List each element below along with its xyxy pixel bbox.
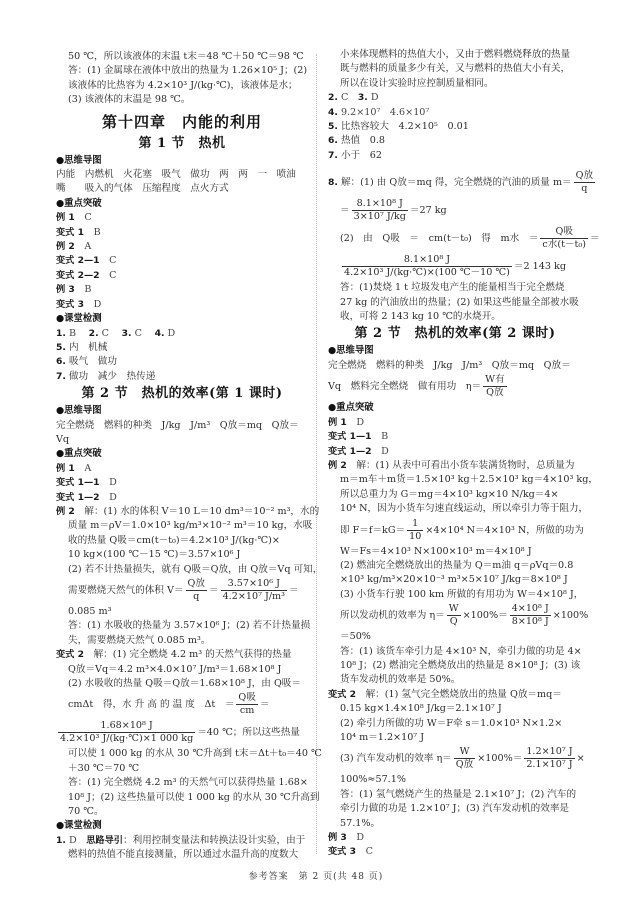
answer-item: 6. 吸气 做功 bbox=[56, 355, 308, 369]
example-2-solution: 例 2 解：(1) 水的体积 V＝10 L＝10 dm³＝10⁻² m³，水的 … bbox=[56, 505, 308, 648]
variant-2-solution: 变式 2 解：(1) 氢气完全燃烧放出的热量 Q放＝mq＝ 0.15 kg×1.… bbox=[328, 688, 582, 831]
column-divider bbox=[316, 54, 317, 854]
example-2-solution: 例 2 解：(1) 从表中可看出小货车装满货物时，总质量为 m＝m车＋m货＝1.… bbox=[328, 459, 582, 688]
section-heading: ●思维导图 bbox=[56, 154, 308, 168]
fraction: 1.2×10⁷ J2.1×10⁷ J bbox=[524, 746, 574, 771]
question-8-solution: 8. 解：(1) 由 Q放＝mq 得，完全燃烧的汽油的质量 m＝Q放q ＝8.1… bbox=[328, 169, 582, 324]
formula-line: 所以发动机的效率为 η＝WQ×100%＝4×10⁸ J8×10⁸ J×100% bbox=[340, 602, 582, 630]
section-heading: ●重点突破 bbox=[56, 447, 308, 461]
fraction: Q吸c水(t－t₀) bbox=[540, 226, 588, 251]
text-line: 完全燃烧 燃料的种类 J/kg J/m³ Q放＝mq Q放＝ bbox=[56, 419, 308, 433]
answer-item: 7. 做功 减少 热传递 bbox=[56, 370, 308, 384]
fraction: Q放q bbox=[186, 578, 207, 603]
fraction: 4×10⁸ J8×10⁸ J bbox=[510, 603, 551, 628]
answer-item: 5. 内 机械 bbox=[56, 341, 308, 355]
answer-item: 例 2 A bbox=[56, 240, 308, 254]
text-line: 答：(1) 金属球在液体中放出的热量为 1.26×10⁵ J；(2) bbox=[68, 64, 308, 78]
answer-item: 4. 9.2×10⁷ 4.6×10⁷ bbox=[328, 106, 582, 120]
answer-item: 例 1 C bbox=[56, 211, 308, 225]
formula-line: 需要燃烧天然气的体积 V＝Q放q＝3.57×10⁶ J4.2×10⁷ J/m³＝ bbox=[68, 577, 308, 605]
formula-line: ＝8.1×10⁸ J3×10⁷ J/kg＝27 kg bbox=[340, 197, 582, 225]
answer-item: 例 3 B bbox=[56, 283, 308, 297]
answer-item: 1. D 思路导引：利用控制变量法和转换法设计实验，由于 bbox=[56, 834, 308, 848]
section-heading: ●课堂检测 bbox=[56, 312, 308, 326]
right-column: 小来体现燃料的热值大小，又由于燃料燃烧释放的热量 既与燃料的质量多少有关，又与燃… bbox=[328, 48, 582, 860]
answer-item: 6. 热值 0.8 bbox=[328, 134, 582, 148]
fraction: 8.1×10⁸ J3×10⁷ J/kg bbox=[352, 198, 408, 223]
formula-line: Vq 燃料完全燃烧 做有用功 η＝W有Q放 bbox=[328, 373, 582, 401]
fraction: Q放q bbox=[574, 170, 595, 195]
answer-item: 变式 1—1 D bbox=[56, 476, 308, 490]
text-line: 嘴 吸入的气体 压缩程度 点火方式 bbox=[56, 182, 308, 196]
section-heading: ●思维导图 bbox=[328, 344, 582, 358]
formula-line: (3) 汽车发动机的效率 η＝WQ放×100%＝1.2×10⁷ J2.1×10⁷… bbox=[340, 745, 582, 773]
section-heading: ●重点突破 bbox=[56, 197, 308, 211]
formula-line: 8.1×10⁸ J4.2×10³ J/(kg·℃)×(100 ℃－10 ℃)＝2… bbox=[340, 253, 582, 281]
answer-item: 变式 1 B bbox=[56, 226, 308, 240]
section-title: 第 1 节 热机 bbox=[56, 134, 308, 154]
fraction: Q吸cm bbox=[236, 692, 257, 717]
answer-item: 7. 小于 62 bbox=[328, 149, 582, 163]
text-line: 该液体的比热容为 4.2×10³ J/(kg·℃)，该液体是水； bbox=[68, 79, 308, 93]
fraction: 110 bbox=[407, 518, 423, 543]
answer-item: 例 1 A bbox=[56, 462, 308, 476]
answer-item: 变式 2—2 C bbox=[56, 269, 308, 283]
text-line: 完全燃烧 燃料的种类 J/kg J/m³ Q放＝mq Q放＝ bbox=[328, 359, 582, 373]
section-heading: ●思维导图 bbox=[56, 404, 308, 418]
text-line: Vq bbox=[56, 433, 308, 447]
fraction: WQ放 bbox=[454, 746, 475, 771]
fraction: 3.57×10⁶ J4.2×10⁷ J/m³ bbox=[221, 578, 287, 603]
answer-item: 变式 3 C bbox=[328, 845, 582, 859]
answer-item: 变式 2—1 C bbox=[56, 254, 308, 268]
formula-line: cmΔt 得，水 升 高 的 温 度 Δt ＝Q吸cm＝ bbox=[68, 691, 308, 719]
text-line: 内能 内燃机 火花塞 吸气 做功 两 两 一 喷油 bbox=[56, 168, 308, 182]
answer-item: 例 1 D bbox=[328, 416, 582, 430]
formula-line: (2) 由 Q吸 ＝ cm(t－t₀) 得 m水 ＝Q吸c水(t－t₀)＝ bbox=[340, 225, 582, 253]
page-footer: 参考答案 第 2 页(共 48 页) bbox=[0, 870, 632, 884]
variant-2-solution: 变式 2 解：(1) 完全燃烧 4.2 m³ 的天然气获得的热量 Q放＝Vq＝4… bbox=[56, 648, 308, 819]
fraction: WQ bbox=[447, 603, 461, 628]
formula-line: 1.68×10⁸ J4.2×10³ J/(kg·℃)×1 000 kg＝40 ℃… bbox=[56, 719, 308, 747]
answer-item: 变式 1—2 D bbox=[56, 491, 308, 505]
text-line: 所以在设计实验时应控制质量相同。 bbox=[340, 77, 582, 91]
text-line: 50 ℃，所以该液体的末温 t末＝48 ℃＋50 ℃＝98 ℃ bbox=[68, 50, 308, 64]
answer-item: 5. 比热容较大 4.2×10⁵ 0.01 bbox=[328, 120, 582, 134]
answer-item: 变式 1—2 D bbox=[328, 445, 582, 459]
text-line: (3) 该液体的末温是 98 ℃。 bbox=[68, 93, 308, 107]
fraction: 8.1×10⁸ J4.2×10³ J/(kg·℃)×(100 ℃－10 ℃) bbox=[342, 254, 512, 279]
fraction: W有Q放 bbox=[483, 374, 506, 399]
text-line: 小来体现燃料的热值大小，又由于燃料燃烧释放的热量 bbox=[340, 48, 582, 62]
text-line: 既与燃料的质量多少有关，又与燃料的热值大小有关， bbox=[340, 62, 582, 76]
answer-item: 2. C 3. D bbox=[328, 91, 582, 105]
answer-item: 变式 3 D bbox=[56, 298, 308, 312]
chapter-title: 第十四章 内能的利用 bbox=[56, 110, 308, 134]
section-title: 第 2 节 热机的效率(第 1 课时) bbox=[56, 384, 308, 404]
fraction: 1.68×10⁸ J4.2×10³ J/(kg·℃)×1 000 kg bbox=[58, 720, 195, 745]
answer-item: 例 3 D bbox=[328, 831, 582, 845]
section-title: 第 2 节 热机的效率(第 2 课时) bbox=[328, 324, 582, 344]
formula-line: 即 F＝f＝kG＝110×4×10⁴ N＝4×10³ N，所做的功为 bbox=[340, 517, 582, 545]
section-heading: ●课堂检测 bbox=[56, 819, 308, 833]
answer-item: 1. B 2. C 3. C 4. D bbox=[56, 327, 308, 341]
answer-item: 变式 1—1 B bbox=[328, 430, 582, 444]
left-column: 50 ℃，所以该液体的末温 t末＝48 ℃＋50 ℃＝98 ℃ 答：(1) 金属… bbox=[56, 50, 308, 863]
section-heading: ●重点突破 bbox=[328, 401, 582, 415]
